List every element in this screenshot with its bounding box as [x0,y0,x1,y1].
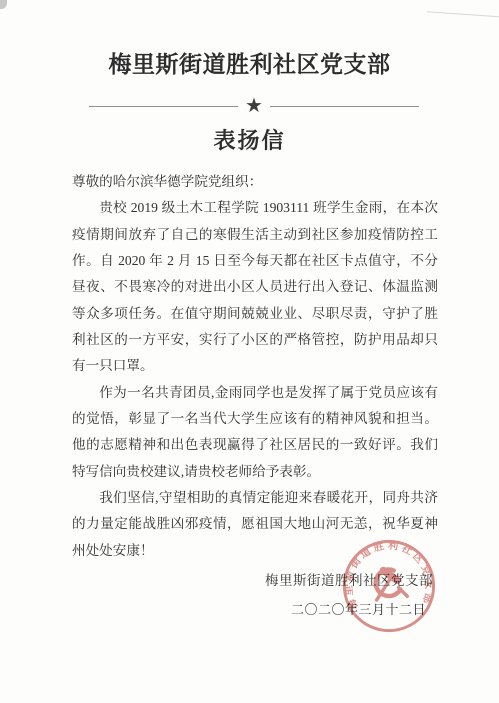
divider-line-right [270,106,419,107]
letter-heading: 表扬信 [0,124,499,155]
letterhead-divider: ★ [89,95,419,117]
star-icon: ★ [245,95,263,115]
letter-body: 尊敬的哈尔滨华德学院党组织： 贵校 2019 级土木工程学院 1903111 班… [72,169,438,564]
signature-org: 梅里斯街道胜利社区党支部 [265,569,433,589]
letter-page: 梅里斯街道胜利社区党支部 ★ 表扬信 尊敬的哈尔滨华德学院党组织： 贵校 201… [0,0,499,703]
paragraph-1: 贵校 2019 级土木工程学院 1903111 班学生金雨，在本次疫情期间放弃了… [72,195,438,379]
scan-corner-artifact [0,0,7,9]
letterhead-org-title: 梅里斯街道胜利社区党支部 [0,46,499,79]
divider-line-left [89,106,238,107]
salutation: 尊敬的哈尔滨华德学院党组织： [72,169,438,195]
signature-date: 二〇二〇年三月十二日 [291,599,426,618]
scan-edge-artifact [427,11,499,17]
paragraph-3: 我们坚信,守望相助的真情定能迎来春暖花开，同舟共济的力量定能战胜凶邪疫情，愿祖国… [72,485,438,564]
paragraph-2: 作为一名共青团员,金雨同学也是发挥了属于党员应该有的觉悟，彰显了一名当代大学生应… [72,380,438,485]
